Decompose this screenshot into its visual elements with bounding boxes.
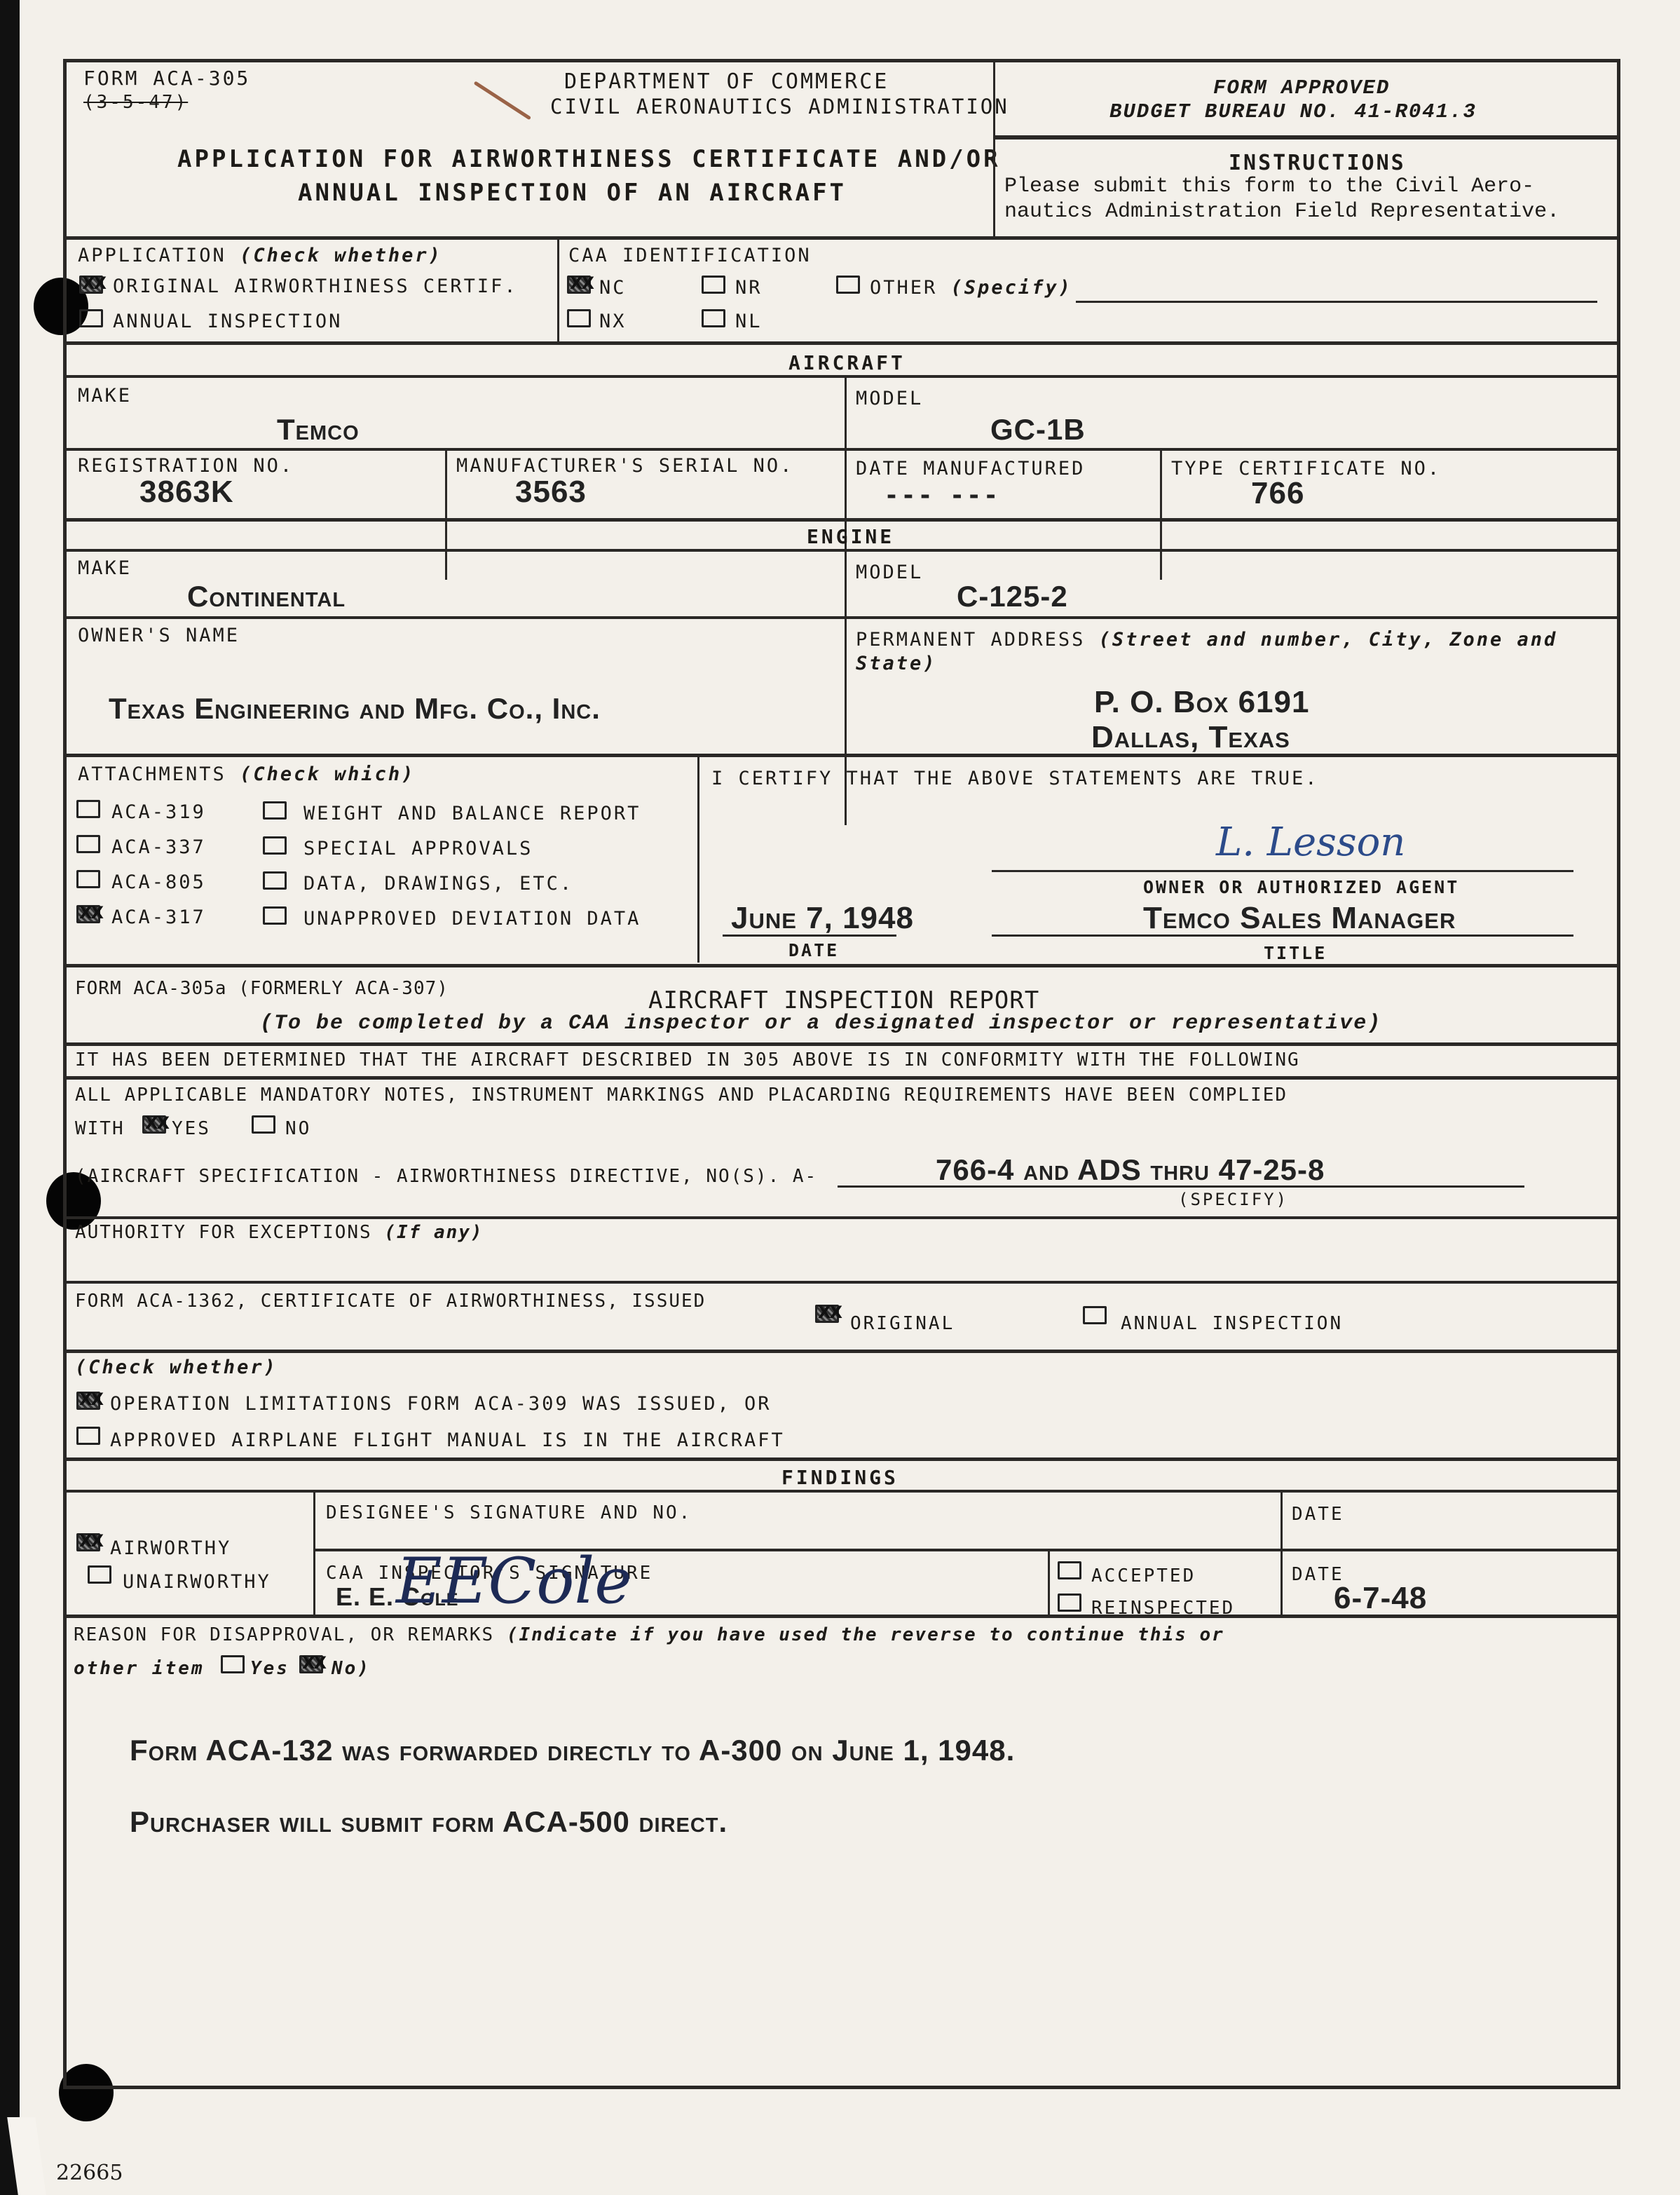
aircraft-make-value: Temco <box>277 413 360 447</box>
conformity-statement: IT HAS BEEN DETERMINED THAT THE AIRCRAFT… <box>75 1049 1300 1071</box>
engine-make-value: Continental <box>187 580 346 613</box>
application-annual-label: ANNUAL INSPECTION <box>113 311 342 332</box>
complied-with-label: WITH <box>75 1118 125 1139</box>
form-title-line1: APPLICATION FOR AIRWORTHINESS CERTIFICAT… <box>177 145 1001 173</box>
application-original-label: ORIGINAL AIRWORTHINESS CERTIF. <box>113 276 518 297</box>
divider <box>445 448 447 580</box>
caa-other-checkbox[interactable] <box>836 276 860 294</box>
caa-nx-checkbox[interactable] <box>567 309 591 327</box>
certify-statement: I CERTIFY THAT THE ABOVE STATEMENTS ARE … <box>711 768 1319 789</box>
certificate-annual-checkbox[interactable] <box>1083 1306 1107 1324</box>
inspection-report-title: AIRCRAFT INSPECTION REPORT <box>648 986 1039 1014</box>
caa-other-label: OTHER (Specify) <box>870 277 1072 299</box>
department-name: DEPARTMENT OF COMMERCE <box>564 69 889 94</box>
caa-nr-checkbox[interactable] <box>702 276 725 294</box>
remarks-reverse-no-label: No) <box>332 1658 371 1679</box>
operation-limitations-label: OPERATION LIMITATIONS FORM ACA-309 WAS I… <box>110 1393 772 1415</box>
certify-title-label: TITLE <box>1264 943 1327 963</box>
ink-stain <box>474 81 531 120</box>
accepted-label: ACCEPTED <box>1091 1565 1196 1586</box>
attachment-unapproved-deviation-label: UNAPPROVED DEVIATION DATA <box>303 908 641 930</box>
remarks-line2: Purchaser will submit form ACA-500 direc… <box>130 1805 728 1839</box>
engine-model-label: MODEL <box>856 562 923 583</box>
type-certificate-value: 766 <box>1251 476 1304 511</box>
operation-limitations-checkbox[interactable] <box>76 1392 100 1410</box>
application-annual-checkbox[interactable] <box>79 309 103 327</box>
remarks-label: REASON FOR DISAPPROVAL, OR REMARKS (Indi… <box>74 1624 1224 1645</box>
divider <box>67 1457 1617 1461</box>
file-number: 22665 <box>56 2161 123 2185</box>
divider <box>67 448 1617 451</box>
engine-model-value: C-125-2 <box>957 580 1068 613</box>
inspection-report-subtitle: (To be completed by a CAA inspector or a… <box>260 1012 1381 1035</box>
certify-date-label: DATE <box>788 940 839 960</box>
divider <box>993 62 995 238</box>
divider <box>67 1076 1617 1080</box>
engine-make-label: MAKE <box>78 557 132 579</box>
reinspected-checkbox[interactable] <box>1058 1593 1081 1612</box>
aircraft-model-label: MODEL <box>856 388 923 409</box>
attachment-aca-317-label: ACA-317 <box>111 906 206 928</box>
certify-date-value: June 7, 1948 <box>731 901 914 936</box>
attachment-aca-805-checkbox[interactable] <box>76 870 100 888</box>
type-certificate-label: TYPE CERTIFICATE NO. <box>1171 458 1441 480</box>
unairworthy-label: UNAIRWORTHY <box>123 1571 271 1593</box>
authority-exceptions-label: AUTHORITY FOR EXCEPTIONS (If any) <box>75 1222 484 1243</box>
address-line2: Dallas, Texas <box>1091 720 1290 755</box>
check-whether-label: (Check whether) <box>75 1357 278 1378</box>
divider <box>67 236 1617 240</box>
divider <box>697 755 699 963</box>
form-revision-date: (3-5-47) <box>83 92 188 113</box>
divider <box>67 1281 1617 1284</box>
inspection-form-label: FORM ACA-305a (FORMERLY ACA-307) <box>75 978 449 999</box>
attachment-aca-337-checkbox[interactable] <box>76 835 100 853</box>
divider <box>67 964 1617 967</box>
divider <box>67 1216 1617 1219</box>
flight-manual-label: APPROVED AIRPLANE FLIGHT MANUAL IS IN TH… <box>110 1429 785 1451</box>
complied-yes-label: YES <box>172 1118 211 1139</box>
certificate-original-checkbox[interactable] <box>815 1305 839 1323</box>
divider <box>313 1490 315 1616</box>
attachment-weight-balance-checkbox[interactable] <box>263 801 287 820</box>
remarks-reverse-yes-checkbox[interactable] <box>221 1655 245 1673</box>
attachment-unapproved-deviation-checkbox[interactable] <box>263 906 287 925</box>
form-number: FORM ACA-305 <box>83 67 250 90</box>
divider <box>993 135 1617 140</box>
caa-other-input[interactable] <box>1076 301 1597 303</box>
designee-signature-label: DESIGNEE'S SIGNATURE AND NO. <box>326 1502 692 1523</box>
aircraft-model-value: GC-1B <box>990 413 1086 447</box>
complied-no-checkbox[interactable] <box>252 1115 275 1134</box>
inspector-date-value: 6-7-48 <box>1334 1581 1427 1616</box>
scan-edge <box>0 0 20 2195</box>
caa-nl-checkbox[interactable] <box>702 309 725 327</box>
address-line1: P. O. Box 6191 <box>1094 685 1309 720</box>
date-manufactured-label: DATE MANUFACTURED <box>856 458 1085 480</box>
complied-yes-checkbox[interactable] <box>142 1115 166 1134</box>
certificate-issued-label: FORM ACA-1362, CERTIFICATE OF AIRWORTHIN… <box>75 1291 706 1312</box>
administration-name: CIVIL AERONAUTICS ADMINISTRATION <box>550 95 1009 118</box>
certify-title-value: Temco Sales Manager <box>1143 901 1456 936</box>
form-aca-305: FORM ACA-305 (3-5-47) DEPARTMENT OF COMM… <box>63 59 1620 2089</box>
certificate-original-label: ORIGINAL <box>850 1313 955 1334</box>
application-label: APPLICATION (Check whether) <box>78 245 442 266</box>
divider <box>67 1350 1617 1353</box>
accepted-checkbox[interactable] <box>1058 1561 1081 1579</box>
approval-line2: BUDGET BUREAU NO. 41-R041.3 <box>1109 100 1477 123</box>
approval-line1: FORM APPROVED <box>1213 76 1390 100</box>
remarks-other-item-label: other item <box>74 1658 205 1679</box>
application-original-checkbox[interactable] <box>79 276 103 294</box>
aircraft-specification-value[interactable]: 766-4 and ADS thru 47-25-8 <box>936 1153 1325 1187</box>
divider <box>1160 448 1162 580</box>
divider <box>67 341 1617 345</box>
divider <box>67 1042 1617 1046</box>
certify-title-line <box>992 935 1573 937</box>
certify-date-line <box>723 935 896 937</box>
attachment-special-approvals-checkbox[interactable] <box>263 836 287 855</box>
caa-nr-label: NR <box>735 277 763 299</box>
aircraft-specification-note: (SPECIFY) <box>1178 1190 1288 1209</box>
owner-signature-line <box>992 870 1573 872</box>
designee-date-label: DATE <box>1292 1504 1344 1525</box>
engine-section-title: ENGINE <box>807 525 894 548</box>
aircraft-specification-label: (AIRCRAFT SPECIFICATION - AIRWORTHINESS … <box>75 1166 817 1187</box>
remarks-line1: Form ACA-132 was forwarded directly to A… <box>130 1734 1015 1767</box>
owner-signature: L. Lesson <box>1216 820 1405 865</box>
unairworthy-checkbox[interactable] <box>88 1565 111 1584</box>
caa-nc-label: NC <box>599 277 627 299</box>
caa-nc-checkbox[interactable] <box>567 276 591 294</box>
caa-identification-label: CAA IDENTIFICATION <box>568 245 812 266</box>
inspector-signature: EECole <box>396 1544 632 1618</box>
airworthy-checkbox[interactable] <box>76 1533 100 1551</box>
attachment-data-drawings-label: DATA, DRAWINGS, ETC. <box>303 873 573 895</box>
aircraft-section-title: AIRCRAFT <box>788 351 906 374</box>
divider <box>1281 1490 1283 1616</box>
divider <box>67 616 1617 619</box>
mandatory-notes-statement: ALL APPLICABLE MANDATORY NOTES, INSTRUME… <box>75 1085 1288 1106</box>
attachment-aca-805-label: ACA-805 <box>111 871 206 893</box>
complied-no-label: NO <box>285 1118 311 1139</box>
aircraft-make-label: MAKE <box>78 385 132 407</box>
divider <box>67 375 1617 378</box>
registration-label: REGISTRATION NO. <box>78 455 294 477</box>
owner-name-label: OWNER'S NAME <box>78 625 240 646</box>
serial-value: 3563 <box>515 475 587 510</box>
serial-label: MANUFACTURER'S SERIAL NO. <box>456 455 793 477</box>
address-label-state: State) <box>856 653 937 674</box>
address-label: PERMANENT ADDRESS (Street and number, Ci… <box>856 629 1557 651</box>
divider <box>557 238 559 343</box>
attachment-aca-317-checkbox[interactable] <box>76 905 100 923</box>
divider <box>67 549 1617 552</box>
divider <box>67 518 1617 522</box>
registration-value: 3863K <box>139 475 234 510</box>
attachment-aca-319-checkbox[interactable] <box>76 800 100 818</box>
certificate-annual-label: ANNUAL INSPECTION <box>1121 1313 1343 1334</box>
owner-name-value: Texas Engineering and Mfg. Co., Inc. <box>109 692 601 726</box>
attachment-data-drawings-checkbox[interactable] <box>263 871 287 890</box>
instructions-line2: nautics Administration Field Representat… <box>1004 200 1559 224</box>
divider <box>1048 1549 1050 1616</box>
airworthy-label: AIRWORTHY <box>110 1537 231 1559</box>
remarks-reverse-no-checkbox[interactable] <box>299 1655 323 1673</box>
divider <box>67 1615 1617 1618</box>
attachments-label: ATTACHMENTS (Check which) <box>78 763 415 785</box>
divider <box>67 754 1617 757</box>
attachment-aca-337-label: ACA-337 <box>111 836 206 858</box>
caa-nl-label: NL <box>735 311 763 332</box>
flight-manual-checkbox[interactable] <box>76 1427 100 1445</box>
date-manufactured-value: --- --- <box>887 477 1003 511</box>
form-title-line2: ANNUAL INSPECTION OF AN AIRCRAFT <box>298 179 847 207</box>
attachment-aca-319-label: ACA-319 <box>111 801 206 823</box>
instructions-line1: Please submit this form to the Civil Aer… <box>1004 175 1534 198</box>
divider <box>67 1490 1617 1493</box>
caa-nx-label: NX <box>599 311 627 332</box>
owner-signature-label: OWNER OR AUTHORIZED AGENT <box>1143 877 1459 897</box>
attachment-weight-balance-label: WEIGHT AND BALANCE REPORT <box>303 803 641 824</box>
instructions-title: INSTRUCTIONS <box>1229 151 1406 175</box>
attachment-special-approvals-label: SPECIAL APPROVALS <box>303 838 533 859</box>
findings-section-title: FINDINGS <box>781 1466 899 1489</box>
remarks-reverse-yes-label: Yes <box>250 1658 289 1679</box>
